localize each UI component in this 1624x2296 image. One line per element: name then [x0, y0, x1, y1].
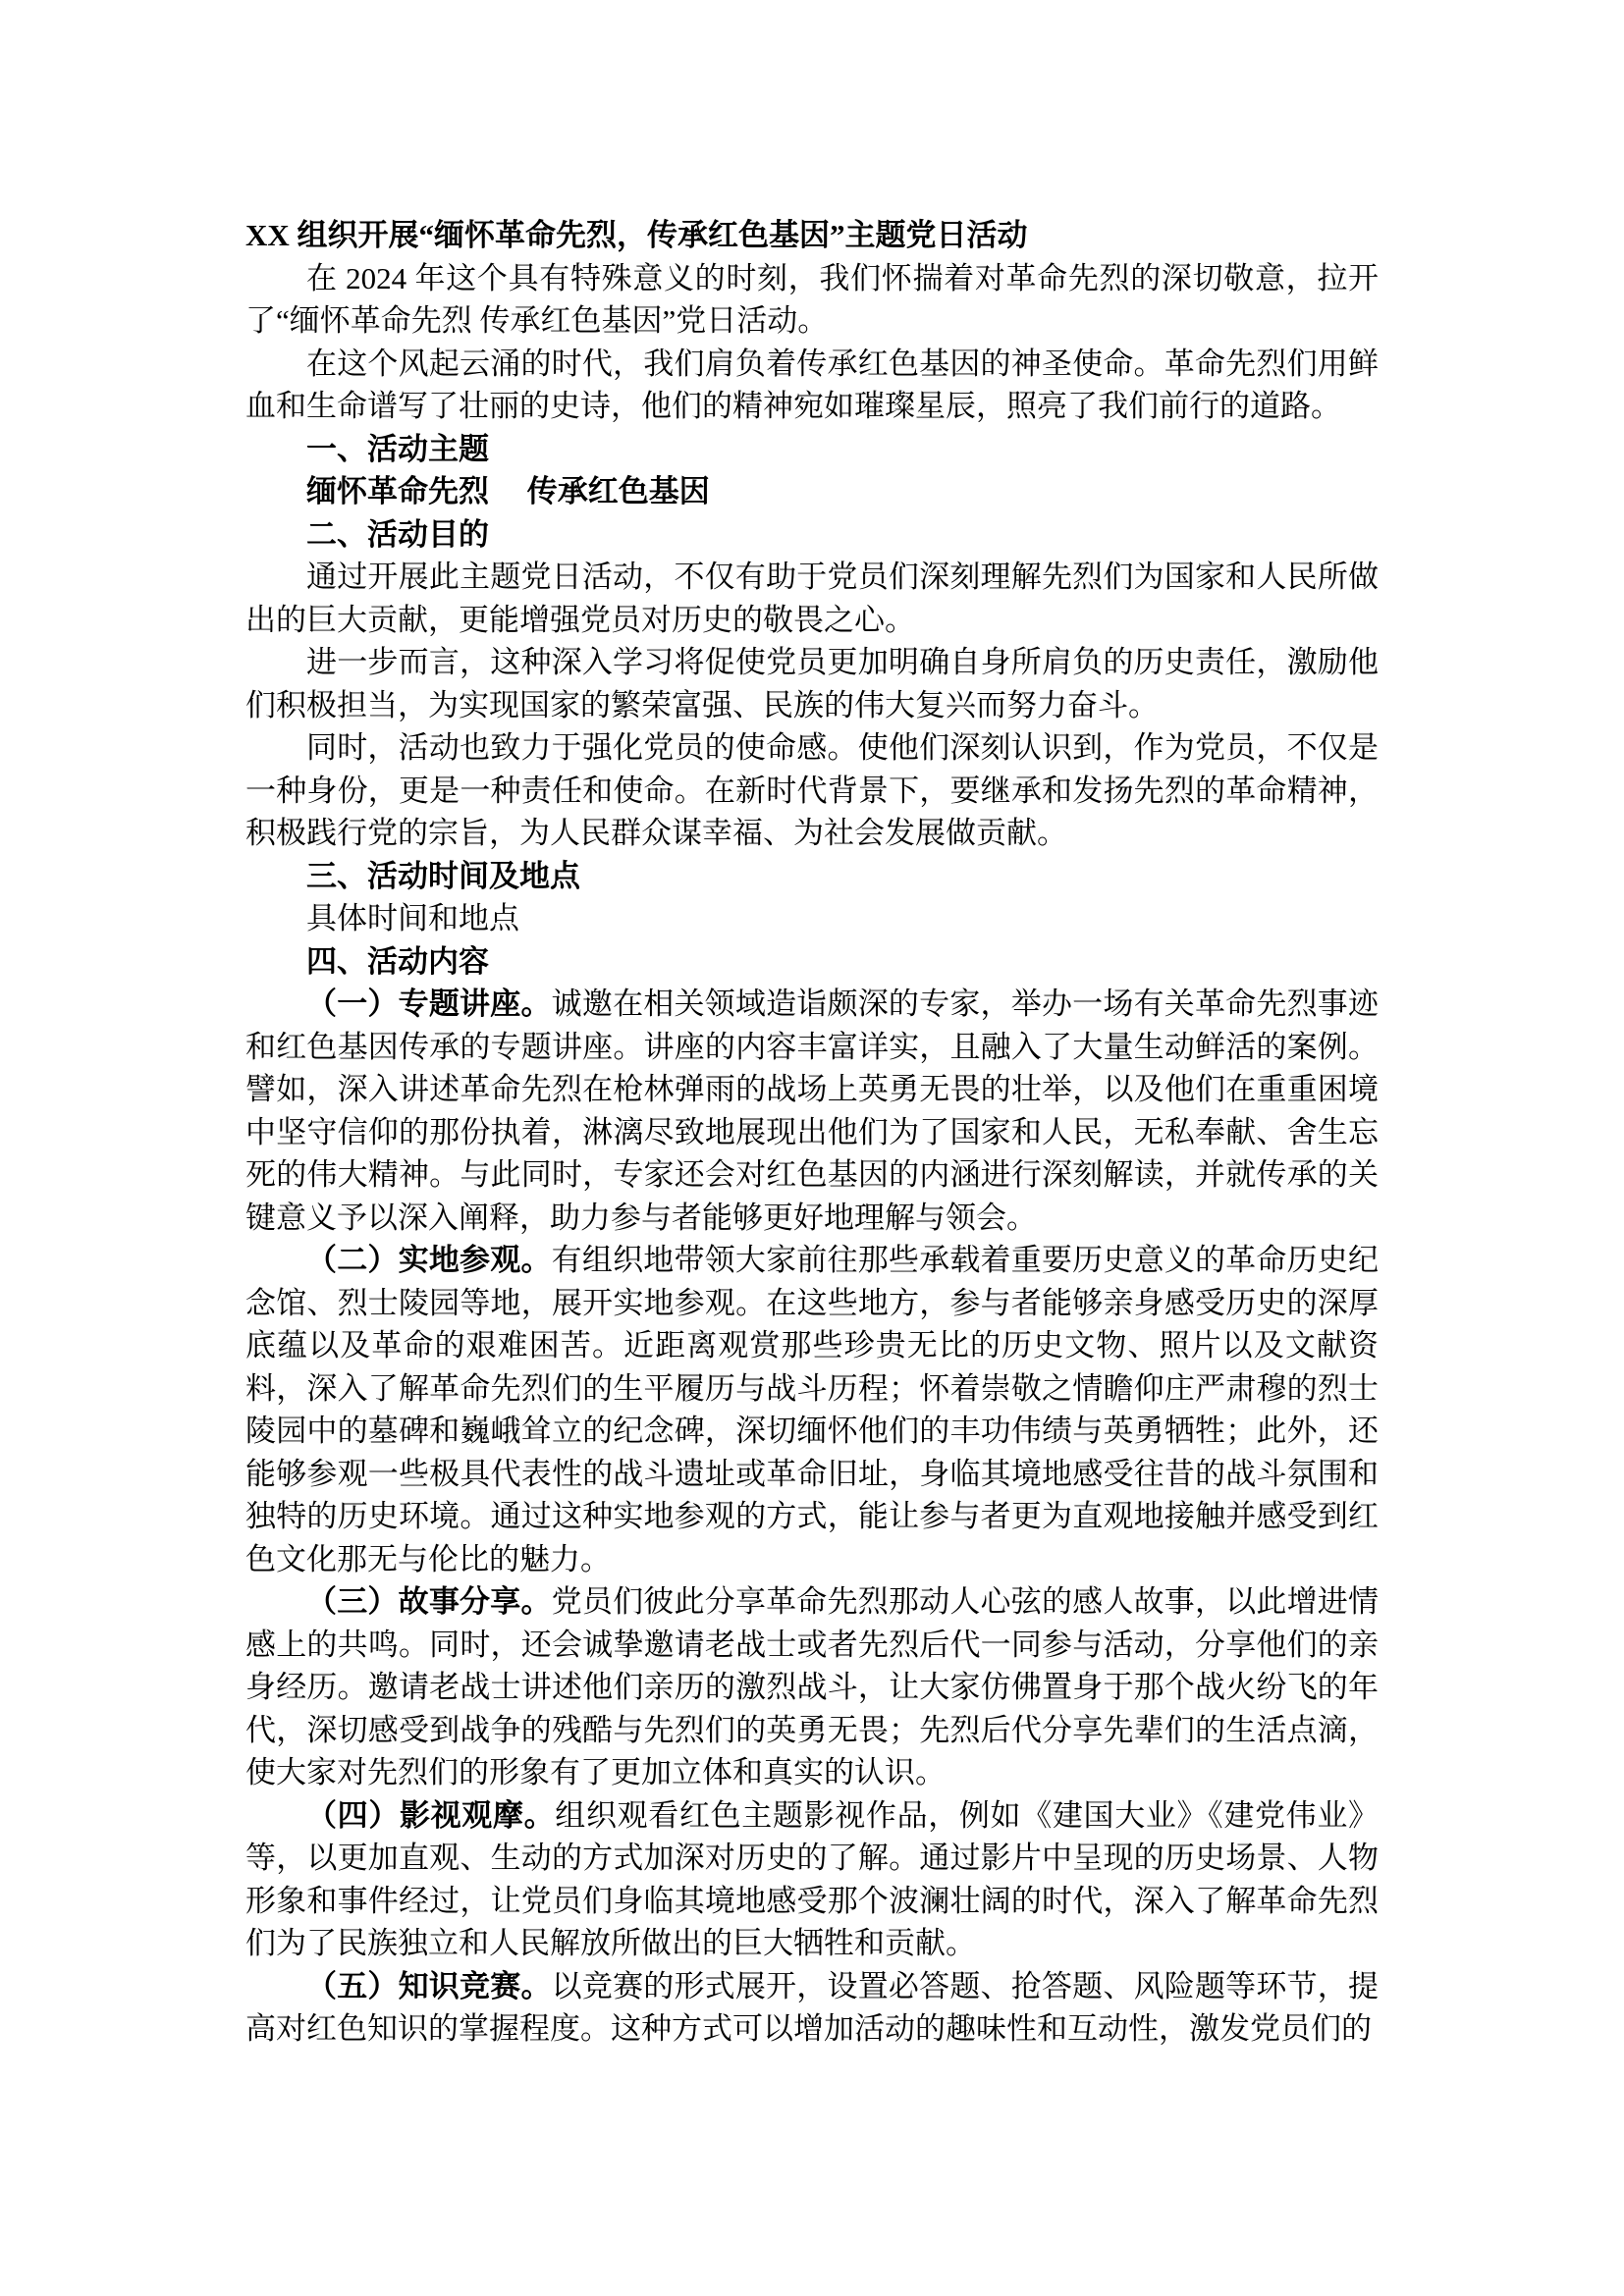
section-heading-4: 四、活动内容 [245, 940, 1379, 984]
document-title: XX 组织开展“缅怀革命先烈，传承红色基因”主题党日活动 [245, 214, 1379, 257]
item-lead: （五）知识竞赛。 [306, 1969, 552, 2003]
item-paragraph-5: （五）知识竞赛。以竞赛的形式展开，设置必答题、抢答题、风险题等环节，提高对红色知… [245, 1965, 1379, 2051]
item-paragraph-3: （三）故事分享。党员们彼此分享革命先烈那动人心弦的感人故事，以此增进情感上的共鸣… [245, 1580, 1379, 1794]
item-lead: （四）影视观摩。 [306, 1798, 555, 1833]
item-paragraph-4: （四）影视观摩。组织观看红色主题影视作品，例如《建国大业》《建党伟业》等，以更加… [245, 1794, 1379, 1965]
body-paragraph: 通过开展此主题党日活动，不仅有助于党员们深刻理解先烈们为国家和人民所做出的巨大贡… [245, 556, 1379, 641]
activity-theme: 缅怀革命先烈 传承红色基因 [245, 470, 1379, 513]
document-page: XX 组织开展“缅怀革命先烈，传承红色基因”主题党日活动 在 2024 年这个具… [0, 0, 1624, 2296]
section-heading-3: 三、活动时间及地点 [245, 855, 1379, 898]
item-text: 有组织地带领大家前往那些承载着重要历史意义的革命历史纪念馆、烈士陵园等地，展开实… [245, 1243, 1379, 1576]
item-lead: （二）实地参观。 [306, 1243, 552, 1277]
item-text: 诚邀在相关领域造诣颇深的专家，举办一场有关革命先烈事迹和红色基因传承的专题讲座。… [245, 987, 1379, 1235]
body-paragraph: 进一步而言，这种深入学习将促使党员更加明确自身所肩负的历史责任，激励他们积极担当… [245, 641, 1379, 726]
section-heading-2: 二、活动目的 [245, 513, 1379, 557]
body-paragraph: 在 2024 年这个具有特殊意义的时刻，我们怀揣着对革命先烈的深切敬意，拉开了“… [245, 257, 1379, 343]
item-paragraph-1: （一）专题讲座。诚邀在相关领域造诣颇深的专家，举办一场有关革命先烈事迹和红色基因… [245, 983, 1379, 1239]
body-paragraph: 同时，活动也致力于强化党员的使命感。使他们深刻认识到，作为党员，不仅是一种身份，… [245, 726, 1379, 855]
body-paragraph: 具体时间和地点 [245, 897, 1379, 940]
item-paragraph-2: （二）实地参观。有组织地带领大家前往那些承载着重要历史意义的革命历史纪念馆、烈士… [245, 1239, 1379, 1580]
section-heading-1: 一、活动主题 [245, 428, 1379, 471]
item-lead: （三）故事分享。 [306, 1584, 552, 1619]
item-lead: （一）专题讲座。 [306, 987, 552, 1021]
body-paragraph: 在这个风起云涌的时代，我们肩负着传承红色基因的神圣使命。革命先烈们用鲜血和生命谱… [245, 343, 1379, 428]
